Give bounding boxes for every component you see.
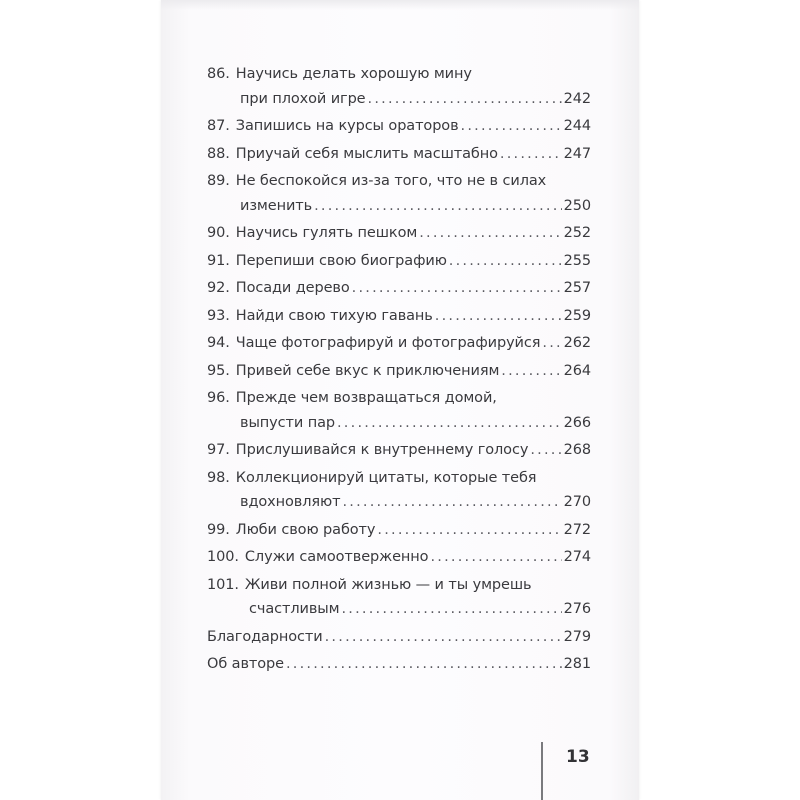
page-number: 13	[566, 747, 590, 767]
toc-entry-title: Люби свою работу	[236, 518, 376, 543]
toc-entry-number: 89.	[207, 169, 230, 194]
toc-entry: 99.Люби свою работу272	[207, 518, 591, 543]
toc-entry-page: 247	[564, 142, 591, 167]
toc-entry-title: Об авторе	[207, 652, 284, 677]
toc-entry: 94.Чаще фотографируй и фотографируйся262	[207, 331, 591, 356]
toc-entry-number: 88.	[207, 142, 230, 167]
toc-entry-page: 257	[564, 276, 591, 301]
toc-entry-title: Научись делать хорошую мину	[236, 62, 472, 87]
page-edge-shadow	[161, 0, 639, 10]
toc-entry-number: 94.	[207, 331, 230, 356]
toc-entry-number: 96.	[207, 386, 230, 411]
toc-entry-title: счастливым	[249, 597, 339, 622]
toc-entry-number: 97.	[207, 438, 230, 463]
toc-entry-number: 100.	[207, 545, 239, 570]
toc-entry-continuation: изменить250	[207, 194, 591, 219]
toc-entry-continuation: выпусти пар266	[207, 411, 591, 436]
toc-entry: 95.Привей себе вкус к приключениям264	[207, 359, 591, 384]
dot-leader	[341, 597, 561, 622]
folio-divider	[541, 742, 543, 800]
toc-entry-page: 279	[564, 625, 591, 650]
toc-entry-number: 86.	[207, 62, 230, 87]
toc-entry: 87.Запишись на курсы ораторов244	[207, 114, 591, 139]
toc-entry-page: 259	[564, 304, 591, 329]
toc-entry-line: 101.Живи полной жизнью — и ты умрешь	[207, 573, 591, 598]
toc-entry-line: 89.Не беспокойся из-за того, что не в си…	[207, 169, 591, 194]
toc-entry-line: Об авторе281	[207, 652, 591, 677]
toc-entry-line: 95.Привей себе вкус к приключениям264	[207, 359, 591, 384]
toc-entry-title: Научись гулять пешком	[236, 221, 417, 246]
dot-leader	[542, 331, 561, 356]
toc-entry-page: 252	[564, 221, 591, 246]
dot-leader	[342, 490, 561, 515]
toc-entry-page: 272	[564, 518, 591, 543]
toc-entry-page: 255	[564, 249, 591, 274]
toc-entry-number: 99.	[207, 518, 230, 543]
toc-entry-title: Привей себе вкус к приключениям	[236, 359, 500, 384]
toc-entry-line: 100.Служи самоотверженно274	[207, 545, 591, 570]
toc-entry: 91.Перепиши свою биографию255	[207, 249, 591, 274]
dot-leader	[435, 304, 562, 329]
toc-entry-number: 92.	[207, 276, 230, 301]
toc-entry-line: 99.Люби свою работу272	[207, 518, 591, 543]
dot-leader	[368, 87, 562, 112]
toc-entry-title: Не беспокойся из-за того, что не в силах	[236, 169, 546, 194]
toc-entry-line: 98.Коллекционируй цитаты, которые тебя	[207, 466, 591, 491]
toc-entry-page: 276	[564, 597, 591, 622]
toc-entry-page: 244	[564, 114, 591, 139]
toc-entry: Об авторе281	[207, 652, 591, 677]
toc-entry-title: Прежде чем возвращаться домой,	[236, 386, 497, 411]
toc-entry-title: Найди свою тихую гавань	[236, 304, 433, 329]
toc-entry-number: 87.	[207, 114, 230, 139]
dot-leader	[352, 276, 562, 301]
toc-entry-page: 262	[564, 331, 591, 356]
toc-entry-page: 281	[564, 652, 591, 677]
toc-entry-page: 270	[564, 490, 591, 515]
toc-entry-line: 91.Перепиши свою биографию255	[207, 249, 591, 274]
toc-entry-page: 266	[564, 411, 591, 436]
dot-leader	[325, 625, 562, 650]
dot-leader	[461, 114, 562, 139]
toc-entry-title: Прислушивайся к внутреннему голосу	[236, 438, 529, 463]
toc-entry-title: Служи самоотверженно	[245, 545, 429, 570]
dot-leader	[419, 221, 561, 246]
toc-entry: 101.Живи полной жизнью — и ты умрешьсчас…	[207, 573, 591, 622]
toc-entry-line: 86.Научись делать хорошую мину	[207, 62, 591, 87]
toc-entry: Благодарности279	[207, 625, 591, 650]
dot-leader	[377, 518, 561, 543]
toc-entry-title: Коллекционируй цитаты, которые тебя	[236, 466, 537, 491]
toc-entry: 92.Посади дерево257	[207, 276, 591, 301]
toc-entry-line: 90.Научись гулять пешком252	[207, 221, 591, 246]
toc-entry-title: вдохновляют	[240, 490, 340, 515]
dot-leader	[430, 545, 561, 570]
toc-entry: 98.Коллекционируй цитаты, которые тебявд…	[207, 466, 591, 515]
dot-leader	[286, 652, 562, 677]
toc-entry-page: 268	[564, 438, 591, 463]
toc-entry-number: 101.	[207, 573, 239, 598]
dot-leader	[500, 142, 562, 167]
toc-entry: 88.Приучай себя мыслить масштабно247	[207, 142, 591, 167]
toc-entry-title: Живи полной жизнью — и ты умрешь	[245, 573, 532, 598]
toc-entry-title: Перепиши свою биографию	[236, 249, 447, 274]
toc-entry-number: 93.	[207, 304, 230, 329]
toc-entry-continuation: при плохой игре242	[207, 87, 591, 112]
table-of-contents: 86.Научись делать хорошую минупри плохой…	[207, 62, 591, 680]
toc-entry-title: Приучай себя мыслить масштабно	[236, 142, 498, 167]
toc-entry-continuation: вдохновляют270	[207, 490, 591, 515]
toc-entry-title: Запишись на курсы ораторов	[236, 114, 459, 139]
dot-leader	[337, 411, 562, 436]
toc-entry: 96.Прежде чем возвращаться домой,выпусти…	[207, 386, 591, 435]
toc-entry-page: 242	[564, 87, 591, 112]
toc-entry-title: изменить	[240, 194, 312, 219]
toc-entry-number: 95.	[207, 359, 230, 384]
toc-entry-line: 93.Найди свою тихую гавань259	[207, 304, 591, 329]
toc-entry-line: 88.Приучай себя мыслить масштабно247	[207, 142, 591, 167]
toc-entry-line: 87.Запишись на курсы ораторов244	[207, 114, 591, 139]
toc-entry-line: 94.Чаще фотографируй и фотографируйся262	[207, 331, 591, 356]
toc-entry-title: Чаще фотографируй и фотографируйся	[236, 331, 541, 356]
dot-leader	[530, 438, 561, 463]
toc-entry-continuation: счастливым276	[207, 597, 591, 622]
toc-entry: 97.Прислушивайся к внутреннему голосу268	[207, 438, 591, 463]
book-page: 86.Научись делать хорошую минупри плохой…	[161, 0, 639, 800]
toc-entry-line: 92.Посади дерево257	[207, 276, 591, 301]
toc-entry-page: 274	[564, 545, 591, 570]
toc-entry: 100.Служи самоотверженно274	[207, 545, 591, 570]
toc-entry: 89.Не беспокойся из-за того, что не в си…	[207, 169, 591, 218]
toc-entry: 86.Научись делать хорошую минупри плохой…	[207, 62, 591, 111]
toc-entry-line: Благодарности279	[207, 625, 591, 650]
toc-entry-title: Посади дерево	[236, 276, 350, 301]
dot-leader	[501, 359, 561, 384]
toc-entry-page: 250	[564, 194, 591, 219]
toc-entry-line: 97.Прислушивайся к внутреннему голосу268	[207, 438, 591, 463]
dot-leader	[449, 249, 562, 274]
toc-entry: 90.Научись гулять пешком252	[207, 221, 591, 246]
toc-entry-page: 264	[564, 359, 591, 384]
toc-entry-number: 98.	[207, 466, 230, 491]
toc-entry-number: 91.	[207, 249, 230, 274]
toc-entry: 93.Найди свою тихую гавань259	[207, 304, 591, 329]
toc-entry-title: при плохой игре	[240, 87, 366, 112]
toc-entry-number: 90.	[207, 221, 230, 246]
toc-entry-title: Благодарности	[207, 625, 323, 650]
toc-entry-title: выпусти пар	[240, 411, 335, 436]
toc-entry-line: 96.Прежде чем возвращаться домой,	[207, 386, 591, 411]
dot-leader	[314, 194, 562, 219]
